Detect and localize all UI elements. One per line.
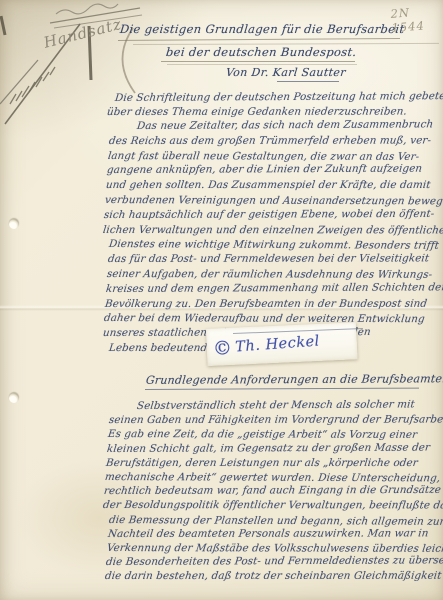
byline-underline xyxy=(277,81,339,82)
title-line-2: bei der deutschen Bundespost. xyxy=(165,45,357,59)
title-underline xyxy=(167,64,357,65)
copyright-signature: ©Th. Heckel xyxy=(212,330,320,360)
pencil-diagonal-line xyxy=(0,60,38,104)
title-underline xyxy=(161,61,355,62)
pencil-scribble xyxy=(56,4,118,14)
edge-mark xyxy=(1,16,5,35)
section-heading: Grundlegende Anforderungen an die Berufs… xyxy=(145,372,443,387)
copyright-icon: © xyxy=(212,336,233,359)
byline: Von Dr. Karl Sautter xyxy=(225,66,346,79)
pencil-scribbles xyxy=(0,0,443,600)
manuscript-page: 2N 1544 Handsatz Die geistigen Grundlage… xyxy=(0,0,443,600)
title-line-1: Die geistigen Grundlagen für die Berufsa… xyxy=(119,22,405,36)
pencil-brace xyxy=(122,28,135,93)
